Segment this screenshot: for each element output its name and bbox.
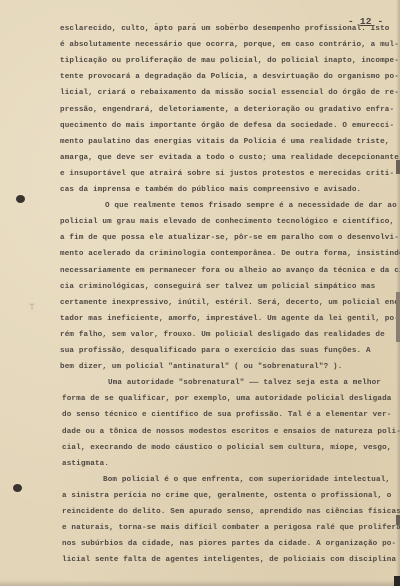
text-line: certamente inexpressivo, inútil, estéril…: [60, 298, 400, 308]
text-line: reincidente do delito. Sem apurado senso…: [62, 507, 400, 517]
text-line: e naturais, torna-se mais difícil combat…: [62, 523, 400, 533]
text-line: necessariamente em permanecer fora ou al…: [60, 266, 400, 276]
text-line: e insuportável que atrairá sobre si just…: [60, 169, 394, 179]
page-bottom-shadow: [0, 580, 400, 586]
text-line: policial um grau mais elevado de conheci…: [60, 217, 394, 227]
text-line: tiplicação ou proliferação de mau polici…: [60, 56, 399, 66]
edge-mark: [396, 160, 400, 174]
text-line: é absolutamente necessário que ocorra, p…: [60, 40, 399, 50]
text-line: amarga, que deve ser evitada a todo o cu…: [60, 153, 399, 163]
text-line: a sinistra perícia no crime que, geralme…: [62, 491, 392, 501]
punch-hole: [13, 484, 22, 492]
text-line: licial sente falta de agentes inteligent…: [62, 555, 396, 565]
text-line: licial, criará o rebaixamento da missão …: [60, 88, 399, 98]
text-line: dade ou a tônica de nossos modestos escr…: [62, 427, 400, 437]
text-line: tente provocará a degradação da Polícia,…: [60, 72, 399, 82]
text-line: rém falho, sem valor, frouxo. Um policia…: [60, 330, 385, 340]
typed-body-text: esclarecido, culto, apto para um soberbo…: [0, 0, 400, 586]
text-line: cia criminológicas, conseguirá ser talve…: [60, 282, 375, 292]
edge-mark: [396, 515, 400, 525]
punch-hole: [16, 195, 25, 203]
text-line: esclarecido, culto, apto para um soberbo…: [60, 24, 390, 34]
edge-mark: [396, 292, 400, 342]
text-line: bem dizer, um policial "antinatural" ( o…: [60, 362, 342, 372]
text-line: sua profissão, desqualificado para o exe…: [60, 346, 371, 356]
text-line: Bom policial é o que enfrenta, com super…: [103, 475, 390, 485]
faint-mark: ⊤: [29, 302, 35, 314]
text-line: astigmata.: [62, 459, 109, 469]
page-corner: [394, 576, 400, 586]
text-line: tador mas ineficiente, amorfo, imprestáv…: [60, 314, 399, 324]
text-line: forma de se qualificar, por exemplo, uma…: [62, 394, 392, 404]
text-line: Uma autoridade "sobrenatural" —— talvez …: [108, 378, 381, 388]
text-line: mento paulatino das energias vitais da P…: [60, 137, 390, 147]
text-line: quecimento do mais importante órgão de d…: [60, 121, 394, 131]
text-line: a fim de que possa ele atualizar-se, pôr…: [60, 233, 399, 243]
text-line: cas da imprensa e também do público mais…: [60, 185, 361, 195]
text-line: pressão, engendrará, deletoriamente, a d…: [60, 105, 394, 115]
text-line: mento acelerado da criminologia contempo…: [60, 249, 400, 259]
text-line: nos subúrbios da cidade, nas piores part…: [62, 539, 396, 549]
text-line: cial, execrando de modo cáustico o polic…: [62, 443, 392, 453]
text-line: do senso técnico e científico de sua pro…: [62, 410, 392, 420]
text-line: O que realmente temos frisado sempre é a…: [105, 201, 397, 211]
